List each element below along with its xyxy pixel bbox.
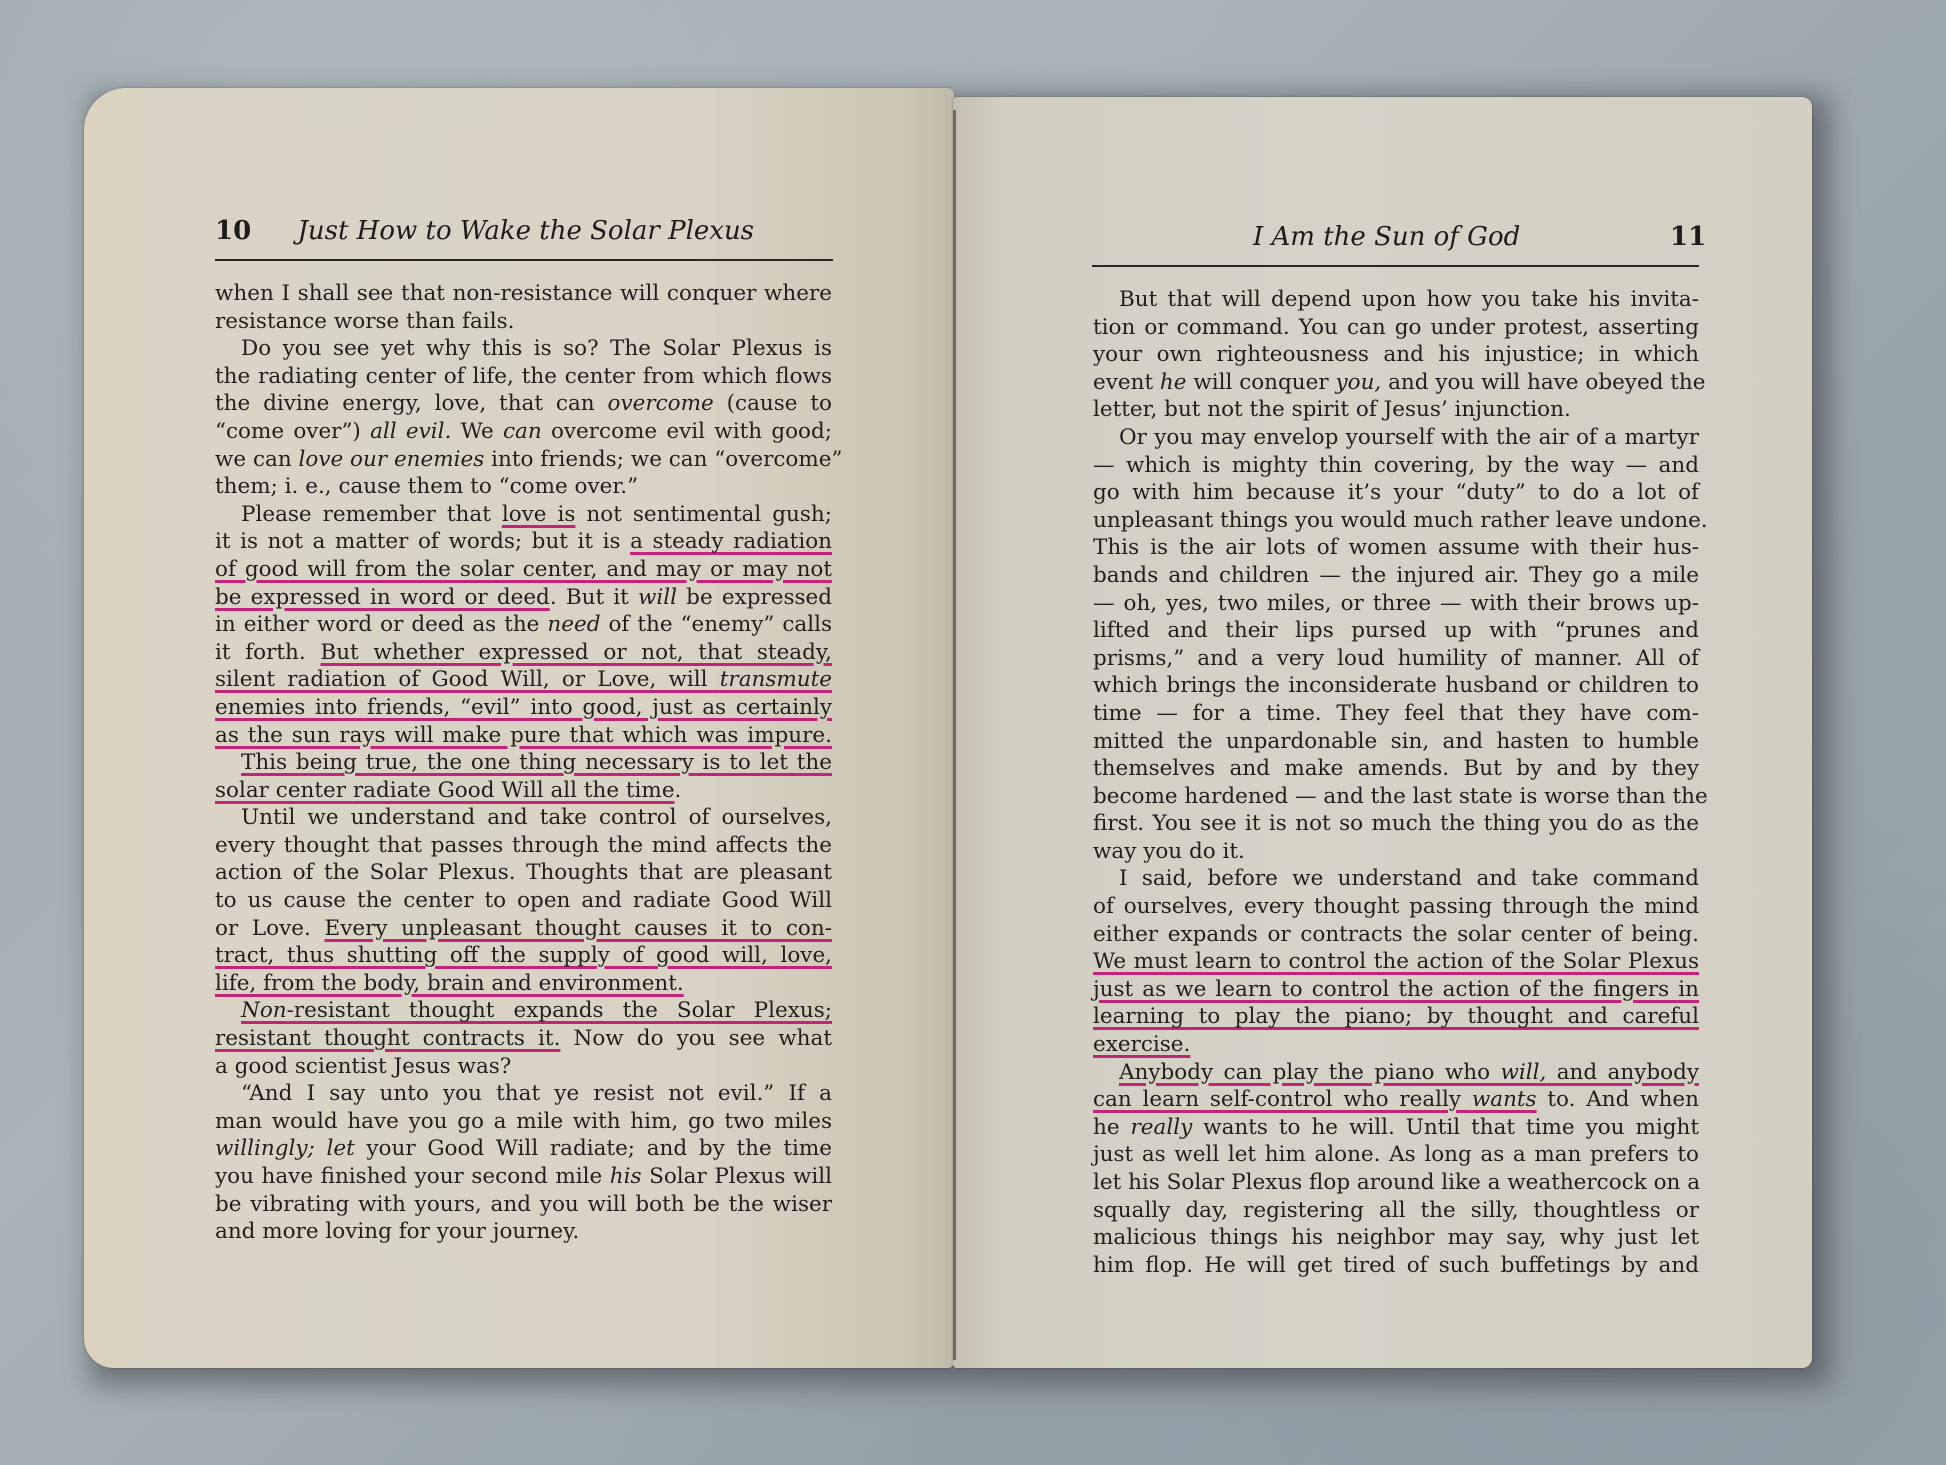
text-segment: squally day, registering all the silly, … — [1093, 1198, 1699, 1223]
text-segment: This is the air lots of women assume wit… — [1093, 535, 1699, 560]
text-line: Please remember that love is not sentime… — [215, 501, 832, 529]
highlighted-text: -resistant thought expands the Solar Ple… — [287, 998, 832, 1023]
text-segment: resistance worse than fails. — [215, 309, 514, 334]
text-segment: overcome evil with good; — [542, 419, 832, 444]
left-page-body: when I shall see that non-resistance wil… — [215, 280, 832, 1246]
text-segment: you have finished your second mile — [215, 1164, 610, 1189]
text-segment: malicious things his neighbor may say, w… — [1093, 1225, 1699, 1250]
text-segment: action of the Solar Plexus. Thoughts tha… — [215, 860, 832, 885]
right-page-number-wrap: 11 — [1670, 222, 1706, 252]
highlighted-text: Anybody can play the piano who — [1119, 1060, 1500, 1085]
right-page-number: 11 — [1670, 222, 1706, 252]
text-segment: to. And when — [1537, 1087, 1699, 1112]
text-line: lifted and their lips pursed up with “pr… — [1093, 617, 1699, 645]
highlighted-text: can learn self-control who really — [1093, 1087, 1472, 1112]
text-line: you have finished your second mile his S… — [215, 1163, 832, 1191]
text-segment: become hardened — and the last state is … — [1093, 784, 1708, 809]
text-line: tion or command. You can go under protes… — [1093, 314, 1699, 342]
text-line: letter, but not the spirit of Jesus’ inj… — [1093, 396, 1699, 424]
text-segment: let his Solar Plexus flop around like a … — [1093, 1170, 1700, 1195]
highlighted-text: learning to play the piano; by thought a… — [1093, 1004, 1699, 1029]
text-line: it is not a matter of words; but it is a… — [215, 528, 832, 556]
text-line: a good scientist Jesus was? — [215, 1053, 832, 1081]
text-line: This is the air lots of women assume wit… — [1093, 534, 1699, 562]
highlighted-text: solar center — [215, 778, 353, 803]
text-segment: I said, before we understand and take co… — [1119, 866, 1699, 891]
text-line: let his Solar Plexus flop around like a … — [1093, 1169, 1699, 1197]
highlighted-text: exercise. — [1093, 1032, 1190, 1057]
text-segment: wants to he will. Until that time you mi… — [1192, 1115, 1699, 1140]
highlighted-text: life, from the body, brain and environme… — [215, 971, 684, 996]
book-spine — [953, 110, 956, 1360]
text-segment: go with him because it’s your “duty” to … — [1093, 480, 1699, 505]
right-page-body: But that will depend upon how you take h… — [1093, 286, 1699, 1279]
text-line: just as well let him alone. As long as a… — [1093, 1141, 1699, 1169]
text-segment: him flop. He will get tired of such buff… — [1093, 1253, 1699, 1278]
text-segment: all evil. — [370, 419, 451, 444]
text-segment: a good scientist Jesus was? — [215, 1054, 511, 1079]
text-segment: to us cause the center to open and radia… — [215, 888, 832, 913]
text-segment: man would have you go a mile with him, g… — [215, 1109, 832, 1134]
text-segment: will — [638, 585, 677, 610]
text-segment: Or you may envelop yourself with the air… — [1119, 425, 1699, 450]
text-segment: your Good Will radiate; and by the time — [355, 1136, 832, 1161]
text-line: him flop. He will get tired of such buff… — [1093, 1252, 1699, 1280]
text-line: But that will depend upon how you take h… — [1093, 286, 1699, 314]
text-line: mitted the unpardonable sin, and hasten … — [1093, 728, 1699, 756]
text-line: We must learn to control the action of t… — [1093, 948, 1699, 976]
text-line: solar center radiate Good Will all the t… — [215, 777, 832, 805]
text-line: event he will conquer you, and you will … — [1093, 369, 1699, 397]
text-segment: overcome — [608, 391, 714, 416]
highlighted-text: resistant thought contracts it. — [215, 1026, 560, 1051]
text-segment: But that will depend upon how you take h… — [1119, 287, 1699, 312]
text-line: be vibrating with yours, and you will bo… — [215, 1191, 832, 1219]
highlighted-text: But whether expressed or not, that stead… — [320, 640, 832, 665]
text-line: your own righteousness and his injustice… — [1093, 341, 1699, 369]
text-line: This being true, the one thing necessary… — [215, 749, 832, 777]
text-segment: Now do you see what — [560, 1026, 832, 1051]
text-line: bands and children — the injured air. Th… — [1093, 562, 1699, 590]
text-line: either expands or contracts the solar ce… — [1093, 921, 1699, 949]
highlighted-text: a steady radiation — [630, 529, 832, 554]
highlighted-text: as the sun rays will make pure that whic… — [215, 723, 832, 748]
highlighted-text: Every unpleasant thought causes it to co… — [325, 916, 832, 941]
text-segment: bands and children — the injured air. Th… — [1093, 563, 1699, 588]
text-segment: be vibrating with yours, and you will bo… — [215, 1192, 832, 1217]
text-line: as the sun rays will make pure that whic… — [215, 722, 832, 750]
text-line: the radiating center of life, the center… — [215, 363, 832, 391]
text-line: in either word or deed as the need of th… — [215, 611, 832, 639]
text-line: Non-resistant thought expands the Solar … — [215, 997, 832, 1025]
text-line: go with him because it’s your “duty” to … — [1093, 479, 1699, 507]
text-segment: when I shall see that non-resistance wil… — [215, 281, 832, 306]
text-line: which brings the inconsiderate husband o… — [1093, 672, 1699, 700]
highlighted-text: of good will from the solar center, and … — [215, 557, 832, 582]
text-line: when I shall see that non-resistance wil… — [215, 280, 832, 308]
left-running-title: Just How to Wake the Solar Plexus — [297, 216, 754, 246]
highlighted-text: be expressed in word or deed — [215, 585, 550, 610]
highlighted-text: wants — [1472, 1087, 1537, 1112]
text-segment: “come over”) — [215, 419, 370, 444]
text-line: willingly; let your Good Will radiate; a… — [215, 1135, 832, 1163]
text-line: exercise. — [1093, 1031, 1699, 1059]
left-running-head: 10 Just How to Wake the Solar Plexus — [215, 216, 754, 246]
right-running-head: I Am the Sun of God — [1253, 222, 1520, 252]
text-segment: need — [547, 612, 600, 637]
text-segment: them; i. e., cause them to “come over.” — [215, 474, 638, 499]
text-segment: will conquer — [1187, 370, 1336, 395]
text-line: man would have you go a mile with him, g… — [215, 1108, 832, 1136]
text-line: Until we understand and take control of … — [215, 804, 832, 832]
text-segment: or Love. — [215, 916, 325, 941]
text-segment: really — [1131, 1115, 1193, 1140]
text-segment: either expands or contracts the solar ce… — [1093, 922, 1699, 947]
text-segment: willingly; let — [215, 1136, 355, 1161]
text-line: first. You see it is not so much the thi… — [1093, 810, 1699, 838]
text-line: I said, before we understand and take co… — [1093, 865, 1699, 893]
text-segment: way you do it. — [1093, 839, 1245, 864]
right-running-title: I Am the Sun of God — [1253, 222, 1520, 252]
text-segment: event — [1093, 370, 1160, 395]
text-segment: we can — [215, 447, 299, 472]
text-segment: time — for a time. They feel that they h… — [1093, 701, 1699, 726]
text-segment: into friends; we can “overcome” — [484, 447, 842, 472]
text-line: themselves and make amends. But by and b… — [1093, 755, 1699, 783]
text-line: — oh, yes, two miles, or three — with th… — [1093, 590, 1699, 618]
text-segment: love our enemies — [299, 447, 485, 472]
text-segment: just as well let him alone. As long as a… — [1093, 1142, 1699, 1167]
text-line: and more loving for your journey. — [215, 1218, 832, 1246]
text-line: way you do it. — [1093, 838, 1699, 866]
text-line: life, from the body, brain and environme… — [215, 970, 832, 998]
left-header-rule — [215, 259, 833, 261]
text-segment: Until we understand and take control of … — [241, 805, 832, 830]
text-segment: it is not a matter of words; but it is — [215, 529, 630, 554]
text-line: them; i. e., cause them to “come over.” — [215, 473, 832, 501]
text-segment: his — [610, 1164, 642, 1189]
text-segment: and more loving for your journey. — [215, 1219, 579, 1244]
highlighted-text: We must learn to control the action of t… — [1093, 949, 1699, 974]
highlighted-text: just as we learn to control the action o… — [1093, 977, 1699, 1002]
text-line: every thought that passes through the mi… — [215, 832, 832, 860]
text-segment: you, — [1335, 370, 1381, 395]
text-segment: be expressed — [677, 585, 832, 610]
text-line: become hardened — and the last state is … — [1093, 783, 1699, 811]
highlighted-text: and anybody — [1546, 1060, 1699, 1085]
text-line: prisms,” and a very loud humility of man… — [1093, 645, 1699, 673]
text-segment: tion or command. You can go under protes… — [1093, 315, 1699, 340]
text-segment: mitted the unpardonable sin, and hasten … — [1093, 729, 1699, 754]
right-header-rule — [1092, 265, 1699, 267]
text-segment: he — [1093, 1115, 1131, 1140]
text-line: Do you see yet why this is so? The Solar… — [215, 335, 832, 363]
text-segment: unpleasant things you would much rather … — [1093, 508, 1708, 533]
text-line: time — for a time. They feel that they h… — [1093, 700, 1699, 728]
text-segment: themselves and make amends. But by and b… — [1093, 756, 1699, 781]
text-line: he really wants to he will. Until that t… — [1093, 1114, 1699, 1142]
text-segment: your own righteousness and his injustice… — [1093, 342, 1699, 367]
text-line: Anybody can play the piano who will, and… — [1093, 1059, 1699, 1087]
highlighted-text: radiate Good Will all the time — [353, 778, 675, 803]
text-line: unpleasant things you would much rather … — [1093, 507, 1699, 535]
text-line: enemies into friends, “evil” into good, … — [215, 694, 832, 722]
text-segment: . But it — [550, 585, 638, 610]
text-line: “come over”) all evil. We can overcome e… — [215, 418, 832, 446]
text-segment: . — [675, 778, 682, 803]
text-segment: every thought that passes through the mi… — [215, 833, 832, 858]
text-line: just as we learn to control the action o… — [1093, 976, 1699, 1004]
text-segment: he — [1160, 370, 1187, 395]
text-segment: of the “enemy” calls — [600, 612, 832, 637]
text-line: learning to play the piano; by thought a… — [1093, 1003, 1699, 1031]
text-line: can learn self-control who really wants … — [1093, 1086, 1699, 1114]
text-line: — which is mighty thin covering, by the … — [1093, 452, 1699, 480]
highlighted-text: will, — [1500, 1060, 1546, 1085]
text-segment: — oh, yes, two miles, or three — with th… — [1093, 591, 1699, 616]
text-segment: lifted and their lips pursed up with “pr… — [1093, 618, 1699, 643]
left-page-number: 10 — [215, 216, 251, 246]
text-line: tract, thus shutting off the supply of g… — [215, 942, 832, 970]
text-line: of ourselves, every thought passing thro… — [1093, 893, 1699, 921]
highlighted-text: transmute — [720, 667, 832, 692]
text-segment: can — [503, 419, 542, 444]
text-segment: the radiating center of life, the center… — [215, 364, 832, 389]
text-segment: We — [451, 419, 503, 444]
text-line: “And I say unto you that ye resist not e… — [215, 1080, 832, 1108]
text-line: resistance worse than fails. — [215, 308, 832, 336]
text-line: silent radiation of Good Will, or Love, … — [215, 666, 832, 694]
text-segment: letter, but not the spirit of Jesus’ inj… — [1093, 397, 1571, 422]
text-line: Or you may envelop yourself with the air… — [1093, 424, 1699, 452]
text-line: to us cause the center to open and radia… — [215, 887, 832, 915]
text-segment: prisms,” and a very loud humility of man… — [1093, 646, 1699, 671]
highlighted-text: tract, thus shutting off the supply of g… — [215, 943, 832, 968]
highlighted-text: Non — [241, 998, 287, 1023]
highlighted-text: This being true, the one thing necessary… — [241, 750, 832, 775]
text-line: squally day, registering all the silly, … — [1093, 1197, 1699, 1225]
text-line: be expressed in word or deed. But it wil… — [215, 584, 832, 612]
highlighted-text: love is — [502, 502, 576, 527]
text-segment: first. You see it is not so much the thi… — [1093, 811, 1699, 836]
text-line: of good will from the solar center, and … — [215, 556, 832, 584]
text-segment: “And I say unto you that ye resist not e… — [241, 1081, 832, 1106]
text-segment: (cause to — [714, 391, 832, 416]
text-line: action of the Solar Plexus. Thoughts tha… — [215, 859, 832, 887]
text-line: the divine energy, love, that can overco… — [215, 390, 832, 418]
text-segment: and you will have obeyed the — [1381, 370, 1705, 395]
text-segment: Solar Plexus will — [642, 1164, 832, 1189]
text-segment: Please remember that — [241, 502, 502, 527]
highlighted-text: enemies into friends, “evil” into good, … — [215, 695, 832, 720]
text-segment: which brings the inconsiderate husband o… — [1093, 673, 1699, 698]
text-line: it forth. But whether expressed or not, … — [215, 639, 832, 667]
text-segment: — which is mighty thin covering, by the … — [1093, 453, 1699, 478]
text-segment: not sentimental gush; — [575, 502, 832, 527]
highlighted-text: silent radiation of Good Will, or Love, … — [215, 667, 720, 692]
text-segment: Do you see yet why this is so? The Solar… — [241, 336, 832, 361]
text-line: we can love our enemies into friends; we… — [215, 446, 832, 474]
text-line: resistant thought contracts it. Now do y… — [215, 1025, 832, 1053]
text-segment: in either word or deed as the — [215, 612, 547, 637]
text-segment: it forth. — [215, 640, 320, 665]
text-line: or Love. Every unpleasant thought causes… — [215, 915, 832, 943]
text-segment: the divine energy, love, that can — [215, 391, 608, 416]
text-segment: of ourselves, every thought passing thro… — [1093, 894, 1699, 919]
text-line: malicious things his neighbor may say, w… — [1093, 1224, 1699, 1252]
